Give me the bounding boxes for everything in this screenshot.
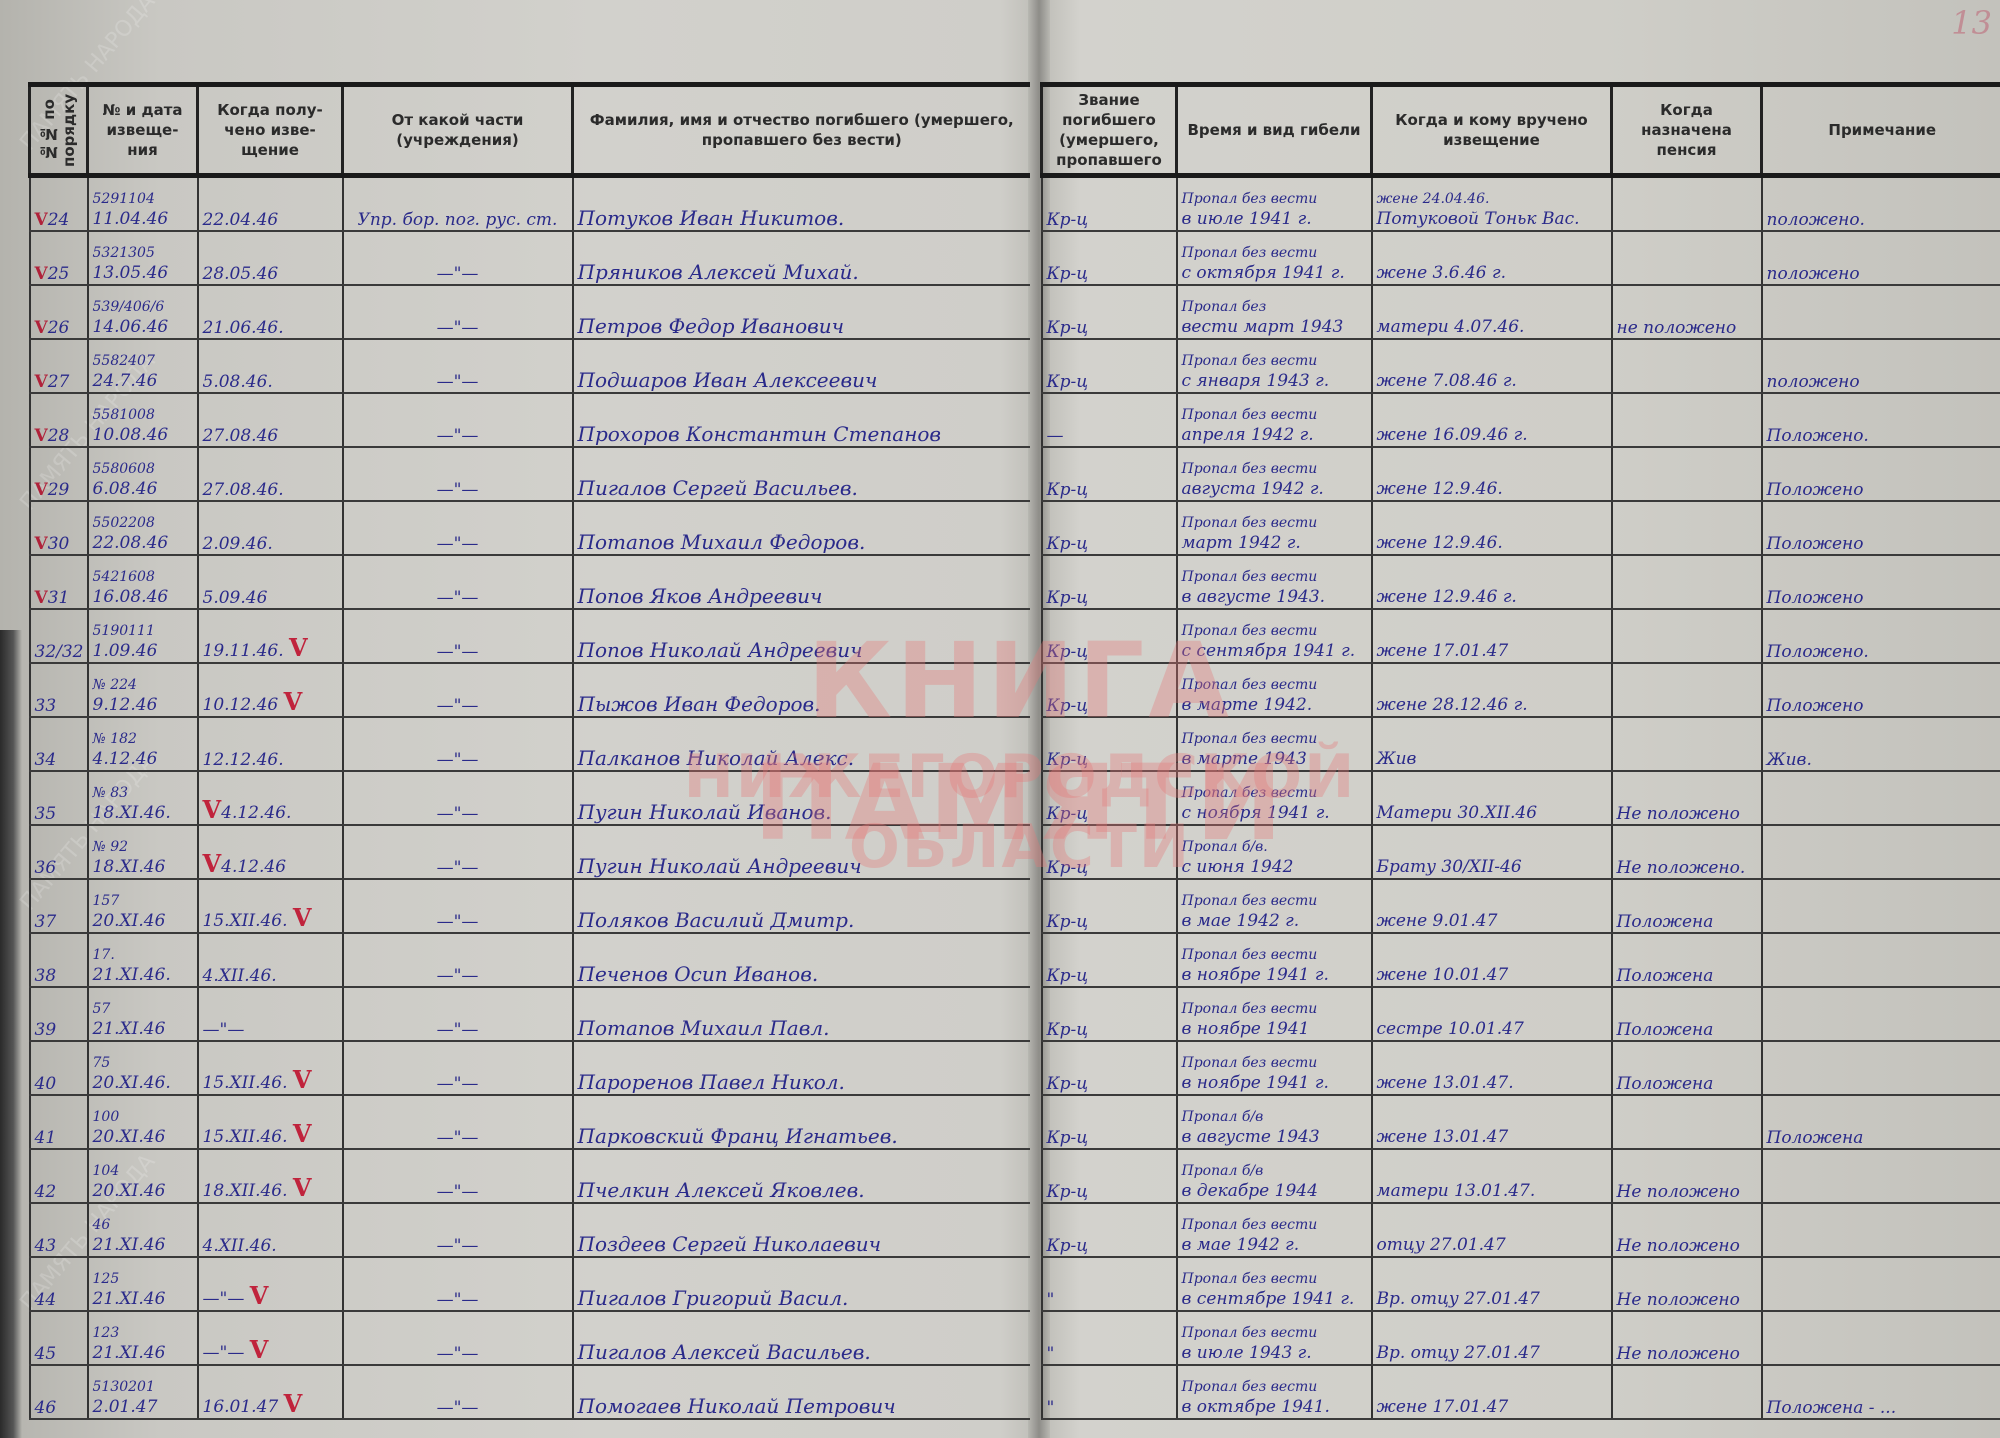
note-text: положено <box>1767 372 1860 392</box>
ledger-row: 32/3251901111.09.4619.11.46. V—"—Попов Н… <box>30 609 1030 663</box>
ledger-row: 4651302012.01.4716.01.47 V—"—Помогаев Ни… <box>30 1365 1030 1419</box>
delivered-line-2: жене 12.9.46. <box>1377 533 1607 554</box>
unit-text: —"— <box>437 696 479 716</box>
unit-text: —"— <box>437 1020 479 1040</box>
received-date: 22.04.46 <box>203 210 279 230</box>
unit-text: —"— <box>437 858 479 878</box>
death-line-1: Пропал б/в <box>1182 1109 1367 1127</box>
death-cell: Пропал без вестив июле 1941 г. <box>1177 176 1372 232</box>
notice-date: 9.12.46 <box>93 695 193 716</box>
row-number: 33 <box>35 696 57 716</box>
ledger-row: 4512321.XI.46—"— V—"—Пигалов Алексей Вас… <box>30 1311 1030 1365</box>
notice-date: 20.XI.46 <box>93 1127 193 1148</box>
row-number: 29 <box>48 480 70 500</box>
soldier-name: Пряников Алексей Михай. <box>578 260 859 284</box>
notice-cell: № 1824.12.46 <box>88 717 198 771</box>
death-line-2: вести март 1943 <box>1182 317 1367 338</box>
received-date: 10.12.46 <box>203 695 279 715</box>
check-mark-icon: V <box>293 1119 312 1148</box>
received-cell: 4.XII.46. <box>198 1203 343 1257</box>
death-cell: Пропал без вестив мае 1942 г. <box>1177 879 1372 933</box>
name-cell: Парковский Франц Игнатьев. <box>573 1095 1030 1149</box>
rank-text: Кр-ц <box>1047 642 1089 662</box>
pension-cell: Положена <box>1612 1041 1762 1095</box>
received-cell: —"— V <box>198 1257 343 1311</box>
received-cell: 16.01.47 V <box>198 1365 343 1419</box>
row-number-cell: 37 <box>30 879 88 933</box>
death-cell: Пропал без вестив ноябре 1941 <box>1177 987 1372 1041</box>
received-date: 4.12.46. <box>221 803 291 823</box>
unit-text: —"— <box>437 426 479 446</box>
ledger-body-right: Кр-цПропал без вестив июле 1941 г.жене 2… <box>1042 176 2000 1420</box>
received-date: 21.06.46. <box>203 318 284 338</box>
unit-cell: —"— <box>343 933 573 987</box>
note-cell: положено <box>1762 339 2000 393</box>
ledger-row: Кр-цПропал без вестиавгуста 1942 г.жене … <box>1042 447 2000 501</box>
notice-date: 13.05.46 <box>93 263 193 284</box>
soldier-name: Помогаев Николай Петрович <box>578 1394 896 1418</box>
notice-cell: 5721.XI.46 <box>88 987 198 1041</box>
delivered-cell: матери 4.07.46. <box>1372 285 1612 339</box>
unit-cell: —"— <box>343 447 573 501</box>
rank-text: Кр-ц <box>1047 1128 1089 1148</box>
received-date: 12.12.46. <box>203 750 284 770</box>
notice-date: 18.XI.46. <box>93 803 193 824</box>
ledger-row: Кр-цПропал без вестив июле 1941 г.жене 2… <box>1042 176 2000 232</box>
unit-cell: —"— <box>343 393 573 447</box>
notice-number: 5580608 <box>93 461 193 479</box>
unit-text: —"— <box>437 534 479 554</box>
received-date: 15.XII.46. <box>203 1073 288 1093</box>
unit-text: —"— <box>437 1398 479 1418</box>
death-line-2: с января 1943 г. <box>1182 371 1367 392</box>
ledger-row: V28558100810.08.4627.08.46—"—Прохоров Ко… <box>30 393 1030 447</box>
rank-cell: Кр-ц <box>1042 501 1177 555</box>
unit-text: —"— <box>437 372 479 392</box>
row-number-cell: 36 <box>30 825 88 879</box>
header-name: Фамилия, имя и отчество погибшего (умерш… <box>573 85 1030 176</box>
rank-text: Кр-ц <box>1047 480 1089 500</box>
pension-text: Не положено <box>1617 804 1740 824</box>
row-number: 45 <box>35 1344 57 1364</box>
rank-text: Кр-ц <box>1047 264 1089 284</box>
received-date: —"— <box>203 1020 245 1040</box>
ledger-row: 434621.XI.464.XII.46.—"—Поздеев Сергей Н… <box>30 1203 1030 1257</box>
pension-cell: Положена <box>1612 987 1762 1041</box>
notice-date: 16.08.46 <box>93 587 193 608</box>
notice-cell: 17.21.XI.46. <box>88 933 198 987</box>
death-cell: Пропал без вестиапреля 1942 г. <box>1177 393 1372 447</box>
soldier-name: Потапов Михаил Павл. <box>578 1016 830 1040</box>
pension-cell: Не положено <box>1612 1257 1762 1311</box>
check-mark-icon: V <box>284 1389 303 1418</box>
rank-cell: Кр-ц <box>1042 663 1177 717</box>
delivered-line-2: жене 12.9.46 г. <box>1377 587 1607 608</box>
check-mark-icon: V <box>203 849 222 878</box>
rank-cell: " <box>1042 1365 1177 1419</box>
death-line-2: в мае 1942 г. <box>1182 1235 1367 1256</box>
received-date: 27.08.46. <box>203 480 284 500</box>
name-cell: Пчелкин Алексей Яковлев. <box>573 1149 1030 1203</box>
delivered-line-2: Матери 30.XII.46 <box>1377 803 1607 824</box>
header-death: Время и вид гибели <box>1177 85 1372 176</box>
unit-cell: —"— <box>343 231 573 285</box>
received-cell: 27.08.46 <box>198 393 343 447</box>
received-date: 4.XII.46. <box>203 1236 277 1256</box>
received-cell: 21.06.46. <box>198 285 343 339</box>
notice-cell: 532130513.05.46 <box>88 231 198 285</box>
row-number-cell: V31 <box>30 555 88 609</box>
row-number-cell: V27 <box>30 339 88 393</box>
notice-cell: 558240724.7.46 <box>88 339 198 393</box>
note-cell: Положено. <box>1762 609 2000 663</box>
delivered-cell: отцу 27.01.47 <box>1372 1203 1612 1257</box>
received-date: 5.08.46. <box>203 372 273 392</box>
received-cell: 22.04.46 <box>198 176 343 232</box>
note-text: Положена <box>1767 1128 1864 1148</box>
notice-cell: 539/406/614.06.46 <box>88 285 198 339</box>
delivered-cell: жене 12.9.46. <box>1372 501 1612 555</box>
pension-cell: Не положено <box>1612 771 1762 825</box>
ledger-row: 34№ 1824.12.4612.12.46.—"—Палканов Никол… <box>30 717 1030 771</box>
row-number-cell: 45 <box>30 1311 88 1365</box>
notice-number: 100 <box>93 1109 193 1127</box>
name-cell: Пряников Алексей Михай. <box>573 231 1030 285</box>
name-cell: Петров Федор Иванович <box>573 285 1030 339</box>
death-line-2: в сентябре 1941 г. <box>1182 1289 1367 1310</box>
soldier-name: Пыжов Иван Федоров. <box>578 692 821 716</box>
note-cell: Положено. <box>1762 393 2000 447</box>
notice-cell: 4621.XI.46 <box>88 1203 198 1257</box>
row-number-cell: 46 <box>30 1365 88 1419</box>
pension-cell <box>1612 609 1762 663</box>
ledger-row: Кр-цПропал без вестив ноябре 1941 г.жене… <box>1042 1041 2000 1095</box>
rank-text: Кр-ц <box>1047 1236 1089 1256</box>
received-cell: —"— V <box>198 1311 343 1365</box>
row-number: 31 <box>48 588 70 608</box>
notice-number: № 182 <box>93 731 193 749</box>
notice-date: 21.XI.46 <box>93 1235 193 1256</box>
name-cell: Попов Яков Андреевич <box>573 555 1030 609</box>
pension-cell <box>1612 339 1762 393</box>
received-date: 2.09.46. <box>203 534 273 554</box>
check-mark-icon: V <box>35 318 48 338</box>
rank-text: Кр-ц <box>1047 966 1089 986</box>
note-cell <box>1762 1311 2000 1365</box>
soldier-name: Потуков Иван Никитов. <box>578 206 845 230</box>
delivered-cell: Брату 30/XII-46 <box>1372 825 1612 879</box>
notice-number: 157 <box>93 893 193 911</box>
received-cell: 5.09.46 <box>198 555 343 609</box>
death-cell: Пропал без вестив августе 1943. <box>1177 555 1372 609</box>
header-delivered: Когда и кому вручено извещение <box>1372 85 1612 176</box>
check-mark-icon: V <box>250 1335 269 1364</box>
rank-text: Кр-ц <box>1047 1182 1089 1202</box>
delivered-line-2: Жив <box>1377 749 1607 770</box>
notice-cell: 550220822.08.46 <box>88 501 198 555</box>
notice-date: 1.09.46 <box>93 641 193 662</box>
delivered-line-2: жене 13.01.47. <box>1377 1073 1607 1094</box>
rank-text: — <box>1047 426 1064 446</box>
rank-text: Кр-ц <box>1047 804 1089 824</box>
rank-cell: Кр-ц <box>1042 825 1177 879</box>
name-cell: Палканов Николай Алекс. <box>573 717 1030 771</box>
death-line-1: Пропал без вести <box>1182 1055 1367 1073</box>
row-number-cell: 39 <box>30 987 88 1041</box>
pension-text: Не положено. <box>1617 858 1746 878</box>
delivered-cell: сестре 10.01.47 <box>1372 987 1612 1041</box>
rank-cell: Кр-ц <box>1042 176 1177 232</box>
ledger-row: Кр-цПропал без вестив мае 1942 г.отцу 27… <box>1042 1203 2000 1257</box>
death-line-1: Пропал без вести <box>1182 623 1367 641</box>
note-text: Жив. <box>1767 750 1812 770</box>
pension-text: Положена <box>1617 1074 1714 1094</box>
unit-cell: —"— <box>343 1257 573 1311</box>
pension-cell <box>1612 393 1762 447</box>
row-number-cell: 42 <box>30 1149 88 1203</box>
ledger-row: "Пропал без вестив сентябре 1941 г.Вр. о… <box>1042 1257 2000 1311</box>
row-number-cell: 38 <box>30 933 88 987</box>
received-cell: 28.05.46 <box>198 231 343 285</box>
death-line-2: в июле 1941 г. <box>1182 209 1367 230</box>
unit-cell: —"— <box>343 501 573 555</box>
note-cell: Положено <box>1762 501 2000 555</box>
name-cell: Пугин Николай Андреевич <box>573 825 1030 879</box>
ledger-row: Кр-цПропал без вестив марте 1942.жене 28… <box>1042 663 2000 717</box>
received-cell: —"— <box>198 987 343 1041</box>
ledger-row: Кр-цПропал без вестис октября 1941 г.жен… <box>1042 231 2000 285</box>
unit-text: —"— <box>437 1344 479 1364</box>
ledger-row: Кр-цПропал без вестив ноябре 1941сестре … <box>1042 987 2000 1041</box>
delivered-line-2: Брату 30/XII-46 <box>1377 857 1607 878</box>
death-cell: Пропал без вестис ноября 1941 г. <box>1177 771 1372 825</box>
rank-text: " <box>1047 1398 1055 1418</box>
rank-cell: Кр-ц <box>1042 987 1177 1041</box>
death-cell: Пропал без вестиавгуста 1942 г. <box>1177 447 1372 501</box>
row-number-cell: 32/32 <box>30 609 88 663</box>
header-received: Когда полу­чено изве­щение <box>198 85 343 176</box>
name-cell: Попов Николай Андреевич <box>573 609 1030 663</box>
pension-cell <box>1612 1365 1762 1419</box>
ledger-row: V31542160816.08.465.09.46—"—Попов Яков А… <box>30 555 1030 609</box>
row-number-cell: 34 <box>30 717 88 771</box>
pension-cell: Положена <box>1612 933 1762 987</box>
notice-number: № 92 <box>93 839 193 857</box>
unit-cell: —"— <box>343 1095 573 1149</box>
pension-cell <box>1612 555 1762 609</box>
delivered-cell: жене 28.12.46 г. <box>1372 663 1612 717</box>
unit-cell: —"— <box>343 825 573 879</box>
ledger-row: Кр-цПропал без вестимарт 1942 г.жене 12.… <box>1042 501 2000 555</box>
row-number: 39 <box>35 1020 57 1040</box>
header-unit: От какой части (учреждения) <box>343 85 573 176</box>
notice-cell: 529110411.04.46 <box>88 176 198 232</box>
death-line-2: апреля 1942 г. <box>1182 425 1367 446</box>
delivered-cell: жене 17.01.47 <box>1372 1365 1612 1419</box>
header-row-left: №№ по порядку № и дата извеще­ния Когда … <box>30 85 1030 176</box>
note-text: положено. <box>1767 210 1865 230</box>
soldier-name: Прохоров Константин Степанов <box>578 422 942 446</box>
received-date: 4.12.46 <box>221 857 286 877</box>
unit-text: —"— <box>437 642 479 662</box>
received-cell: 18.XII.46. V <box>198 1149 343 1203</box>
soldier-name: Поляков Василий Дмитр. <box>578 908 855 932</box>
death-cell: Пропал б/вв декабре 1944 <box>1177 1149 1372 1203</box>
notice-cell: № 8318.XI.46. <box>88 771 198 825</box>
notice-cell: № 9218.XI.46 <box>88 825 198 879</box>
received-cell: 19.11.46. V <box>198 609 343 663</box>
note-cell <box>1762 1041 2000 1095</box>
note-cell <box>1762 1149 2000 1203</box>
note-text: Положено <box>1767 480 1864 500</box>
pension-cell: Не положено <box>1612 1311 1762 1365</box>
death-line-2: в марте 1943 <box>1182 749 1367 770</box>
notice-number: № 224 <box>93 677 193 695</box>
pension-cell: Не положено <box>1612 1203 1762 1257</box>
death-line-1: Пропал без вести <box>1182 947 1367 965</box>
pension-cell: Не положено. <box>1612 825 1762 879</box>
name-cell: Поздеев Сергей Николаевич <box>573 1203 1030 1257</box>
death-line-2: в декабре 1944 <box>1182 1181 1367 1202</box>
unit-text: —"— <box>437 750 479 770</box>
notice-number: 104 <box>93 1163 193 1181</box>
ledger-row: V27558240724.7.465.08.46.—"—Подшаров Ива… <box>30 339 1030 393</box>
death-cell: Пропал без вестис сентября 1941 г. <box>1177 609 1372 663</box>
note-cell: положено. <box>1762 176 2000 232</box>
unit-cell: —"— <box>343 1149 573 1203</box>
received-cell: V4.12.46 <box>198 825 343 879</box>
ledger-row: Кр-цПропал без вестив марте 1943ЖивЖив. <box>1042 717 2000 771</box>
note-cell <box>1762 1203 2000 1257</box>
note-text: Положена - ... <box>1767 1398 1897 1418</box>
notice-number: 125 <box>93 1271 193 1289</box>
note-cell <box>1762 987 2000 1041</box>
received-date: —"— <box>203 1343 245 1363</box>
death-line-2: в августе 1943 <box>1182 1127 1367 1148</box>
notice-cell: 7520.XI.46. <box>88 1041 198 1095</box>
name-cell: Помогаев Николай Петрович <box>573 1365 1030 1419</box>
delivered-cell: матери 13.01.47. <box>1372 1149 1612 1203</box>
name-cell: Печенов Осип Иванов. <box>573 933 1030 987</box>
name-cell: Пигалов Алексей Васильев. <box>573 1311 1030 1365</box>
rank-cell: — <box>1042 393 1177 447</box>
rank-cell: Кр-ц <box>1042 879 1177 933</box>
notice-cell: 51901111.09.46 <box>88 609 198 663</box>
soldier-name: Пугин Николай Иванов. <box>578 800 832 824</box>
check-mark-icon: V <box>35 210 48 230</box>
death-line-2: в августе 1943. <box>1182 587 1367 608</box>
notice-number: 5581008 <box>93 407 193 425</box>
row-number-cell: V29 <box>30 447 88 501</box>
death-line-1: Пропал б/в. <box>1182 839 1367 857</box>
rank-cell: Кр-ц <box>1042 1203 1177 1257</box>
death-line-2: августа 1942 г. <box>1182 479 1367 500</box>
soldier-name: Пугин Николай Андреевич <box>578 854 862 878</box>
received-date: 19.11.46. <box>203 641 284 661</box>
unit-cell: Упр. бор. пог. рус. ст. <box>343 176 573 232</box>
row-number: 38 <box>35 966 57 986</box>
notice-date: 21.XI.46 <box>93 1343 193 1364</box>
death-line-2: в марте 1942. <box>1182 695 1367 716</box>
row-number: 24 <box>48 210 70 230</box>
unit-cell: —"— <box>343 771 573 825</box>
death-line-2: с июня 1942 <box>1182 857 1367 878</box>
delivered-line-2: жене 28.12.46 г. <box>1377 695 1607 716</box>
delivered-line-2: сестре 10.01.47 <box>1377 1019 1607 1040</box>
delivered-cell: жене 24.04.46.Потуковой Тоньк Вас. <box>1372 176 1612 232</box>
row-number: 25 <box>48 264 70 284</box>
rank-cell: " <box>1042 1257 1177 1311</box>
pension-text: не положено <box>1617 318 1737 338</box>
ledger-row: Кр-цПропал безвести март 1943матери 4.07… <box>1042 285 2000 339</box>
soldier-name: Пчелкин Алексей Яковлев. <box>578 1178 865 1202</box>
notice-date: 2.01.47 <box>93 1397 193 1418</box>
notice-cell: 15720.XI.46 <box>88 879 198 933</box>
delivered-cell: жене 7.08.46 г. <box>1372 339 1612 393</box>
rank-cell: " <box>1042 1311 1177 1365</box>
received-cell: 4.XII.46. <box>198 933 343 987</box>
unit-cell: —"— <box>343 1365 573 1419</box>
death-line-1: Пропал без вести <box>1182 245 1367 263</box>
ledger-row: 36№ 9218.XI.46V4.12.46—"—Пугин Николай А… <box>30 825 1030 879</box>
unit-cell: —"— <box>343 609 573 663</box>
soldier-name: Пароренов Павел Никол. <box>578 1070 845 1094</box>
death-cell: Пропал без вестив октябре 1941. <box>1177 1365 1372 1419</box>
delivered-cell: жене 13.01.47 <box>1372 1095 1612 1149</box>
header-pension: Когда назначена пенсия <box>1612 85 1762 176</box>
unit-text: —"— <box>437 588 479 608</box>
ledger-row: Кр-цПропал б/вв декабре 1944матери 13.01… <box>1042 1149 2000 1203</box>
notice-cell: 10420.XI.46 <box>88 1149 198 1203</box>
delivered-cell: жене 17.01.47 <box>1372 609 1612 663</box>
death-line-1: Пропал без вести <box>1182 407 1367 425</box>
pension-cell <box>1612 1095 1762 1149</box>
row-number-cell: 44 <box>30 1257 88 1311</box>
unit-text: —"— <box>437 966 479 986</box>
notice-number: 5321305 <box>93 245 193 263</box>
note-cell: Положено <box>1762 555 2000 609</box>
pension-text: Положена <box>1617 966 1714 986</box>
death-line-1: Пропал без вести <box>1182 1379 1367 1397</box>
row-number-cell: 43 <box>30 1203 88 1257</box>
delivered-cell: Вр. отцу 27.01.47 <box>1372 1257 1612 1311</box>
note-text: положено <box>1767 264 1860 284</box>
name-cell: Пыжов Иван Федоров. <box>573 663 1030 717</box>
received-date: 18.XII.46. <box>203 1181 288 1201</box>
soldier-name: Подшаров Иван Алексеевич <box>578 368 878 392</box>
delivered-line-2: Потуковой Тоньк Вас. <box>1377 209 1607 230</box>
delivered-cell: Матери 30.XII.46 <box>1372 771 1612 825</box>
received-cell: 27.08.46. <box>198 447 343 501</box>
death-cell: Пропал без вестис января 1943 г. <box>1177 339 1372 393</box>
ledger-row: "Пропал без вестив июле 1943 г.Вр. отцу … <box>1042 1311 2000 1365</box>
name-cell: Пароренов Павел Никол. <box>573 1041 1030 1095</box>
death-line-2: в мае 1942 г. <box>1182 911 1367 932</box>
note-cell <box>1762 1257 2000 1311</box>
rank-cell: Кр-ц <box>1042 231 1177 285</box>
ledger-row: 407520.XI.46.15.XII.46. V—"—Пароренов Па… <box>30 1041 1030 1095</box>
ledger-row: V2955806086.08.4627.08.46.—"—Пигалов Сер… <box>30 447 1030 501</box>
received-date: 28.05.46 <box>203 264 279 284</box>
notice-date: 21.XI.46. <box>93 965 193 986</box>
row-number: 27 <box>48 372 70 392</box>
row-number-cell: 40 <box>30 1041 88 1095</box>
ledger-row: V24529110411.04.4622.04.46Упр. бор. пог.… <box>30 176 1030 232</box>
unit-cell: —"— <box>343 1203 573 1257</box>
death-cell: Пропал без вестимарт 1942 г. <box>1177 501 1372 555</box>
death-line-1: Пропал без вести <box>1182 461 1367 479</box>
notice-date: 11.04.46 <box>93 209 193 230</box>
